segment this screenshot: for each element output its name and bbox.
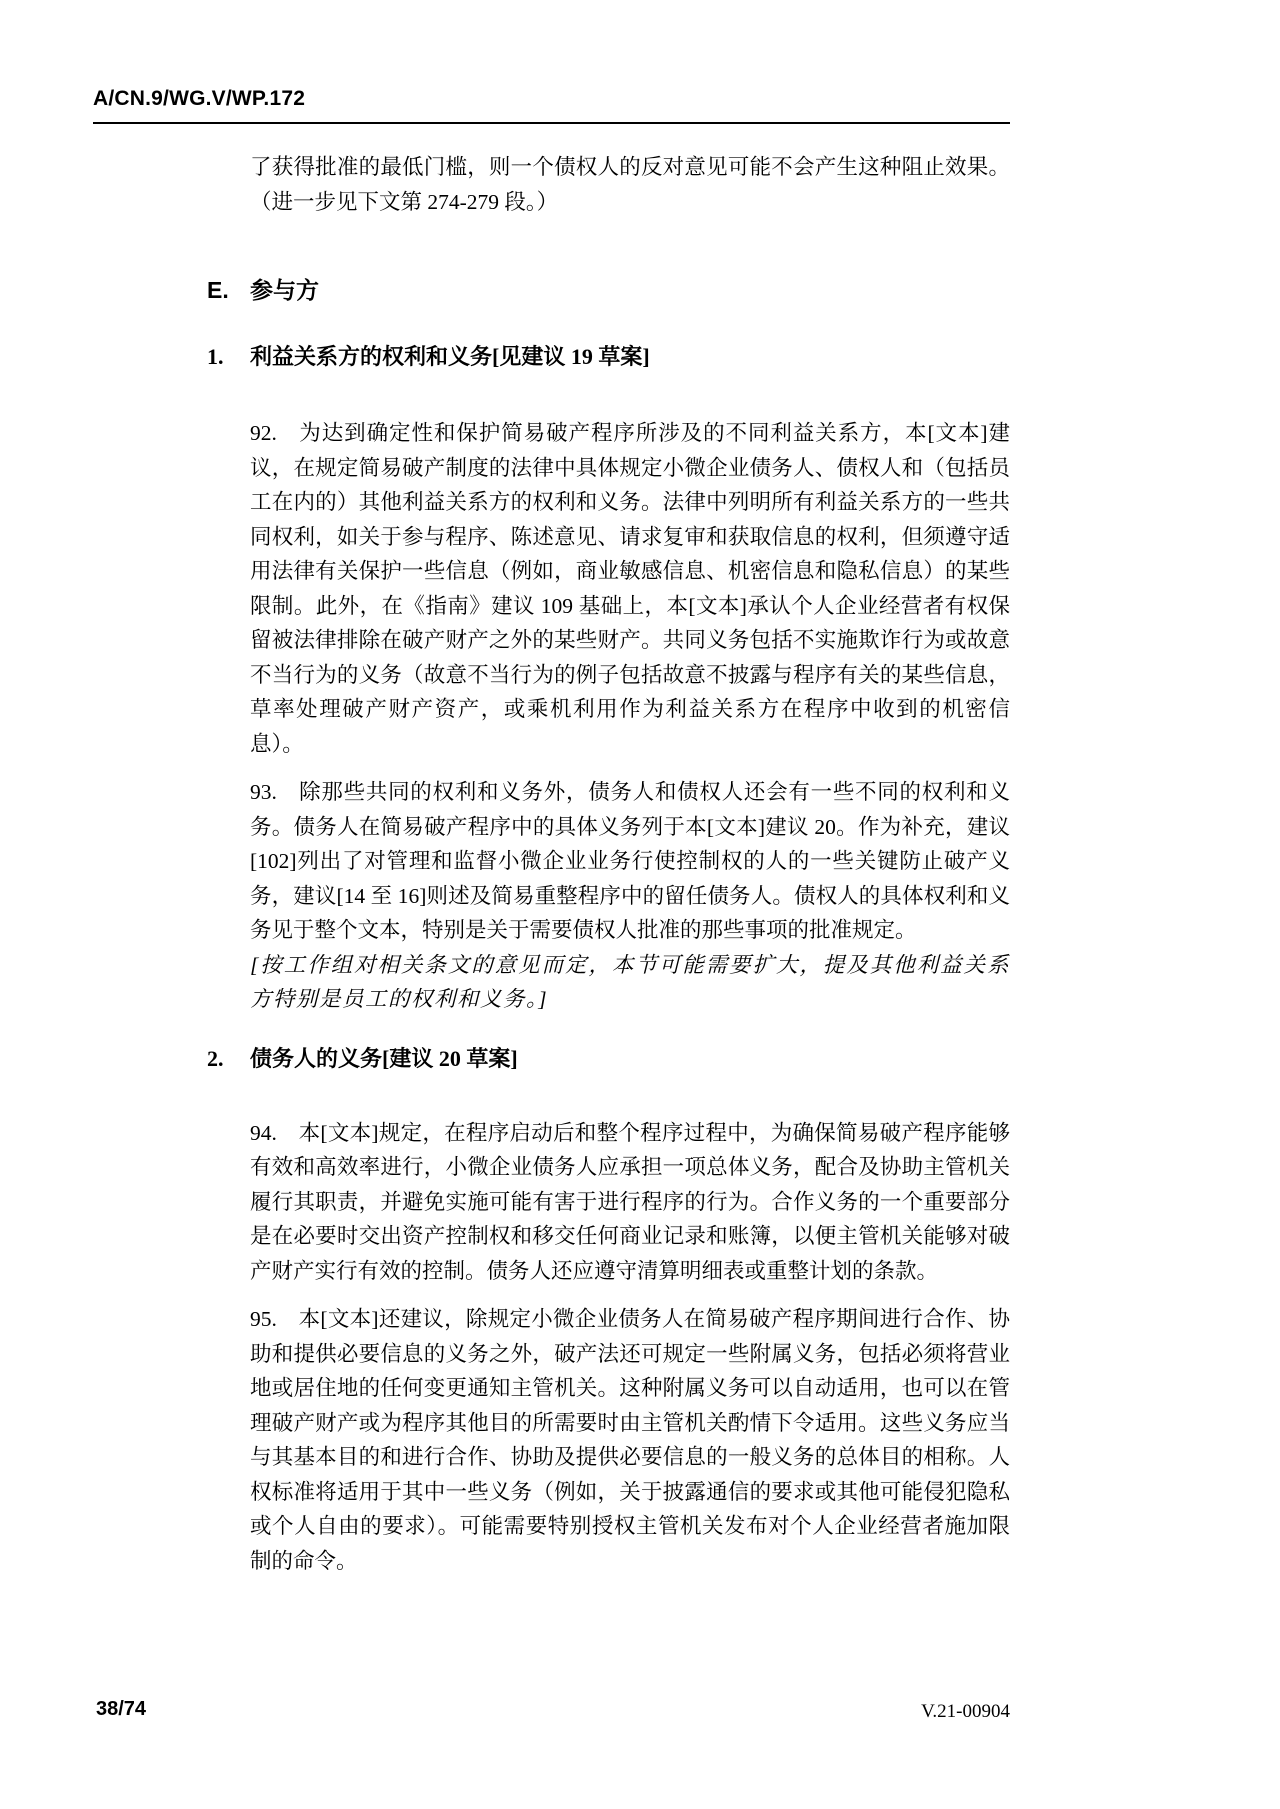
header-divider bbox=[93, 122, 1010, 124]
document-page: A/CN.9/WG.V/WP.172 了获得批准的最低门槛，则一个债权人的反对意… bbox=[0, 0, 1280, 1809]
document-symbol: A/CN.9/WG.V/WP.172 bbox=[93, 0, 1280, 112]
paragraph-93: 93. 除那些共同的权利和义务外，债务人和债权人还会有一些不同的权利和义务。债务… bbox=[250, 775, 1010, 948]
subsection-2-title: 债务人的义务[建议 20 草案] bbox=[250, 1043, 518, 1074]
paragraph-continuation: 了获得批准的最低门槛，则一个债权人的反对意见可能不会产生这种阻止效果。（进一步见… bbox=[250, 150, 1010, 219]
page-number: 38/74 bbox=[96, 1698, 146, 1721]
paragraph-94: 94. 本[文本]规定，在程序启动后和整个程序过程中，为确保简易破产程序能够有效… bbox=[250, 1116, 1010, 1289]
section-e-title: 参与方 bbox=[250, 275, 319, 305]
paragraph-92: 92. 为达到确定性和保护简易破产程序所涉及的不同利益关系方，本[文本]建议，在… bbox=[250, 416, 1010, 761]
document-body: 了获得批准的最低门槛，则一个债权人的反对意见可能不会产生这种阻止效果。（进一步见… bbox=[250, 150, 1010, 1578]
subsection-2-number: 2. bbox=[207, 1043, 250, 1074]
section-heading-e: E. 参与方 bbox=[207, 275, 1010, 305]
subsection-1-number: 1. bbox=[207, 341, 250, 372]
subsection-1-title: 利益关系方的权利和义务[见建议 19 草案] bbox=[250, 341, 650, 372]
page-header: A/CN.9/WG.V/WP.172 bbox=[0, 0, 1280, 124]
section-e-number: E. bbox=[207, 275, 250, 305]
document-id: V.21-00904 bbox=[921, 1701, 1010, 1723]
paragraph-95: 95. 本[文本]还建议，除规定小微企业债务人在简易破产程序期间进行合作、协助和… bbox=[250, 1302, 1010, 1578]
paragraph-93-drafting-note: [按工作组对相关条文的意见而定，本节可能需要扩大，提及其他利益关系方特别是员工的… bbox=[250, 948, 1010, 1017]
subsection-heading-1: 1. 利益关系方的权利和义务[见建议 19 草案] bbox=[207, 341, 1010, 372]
subsection-heading-2: 2. 债务人的义务[建议 20 草案] bbox=[207, 1043, 1010, 1074]
